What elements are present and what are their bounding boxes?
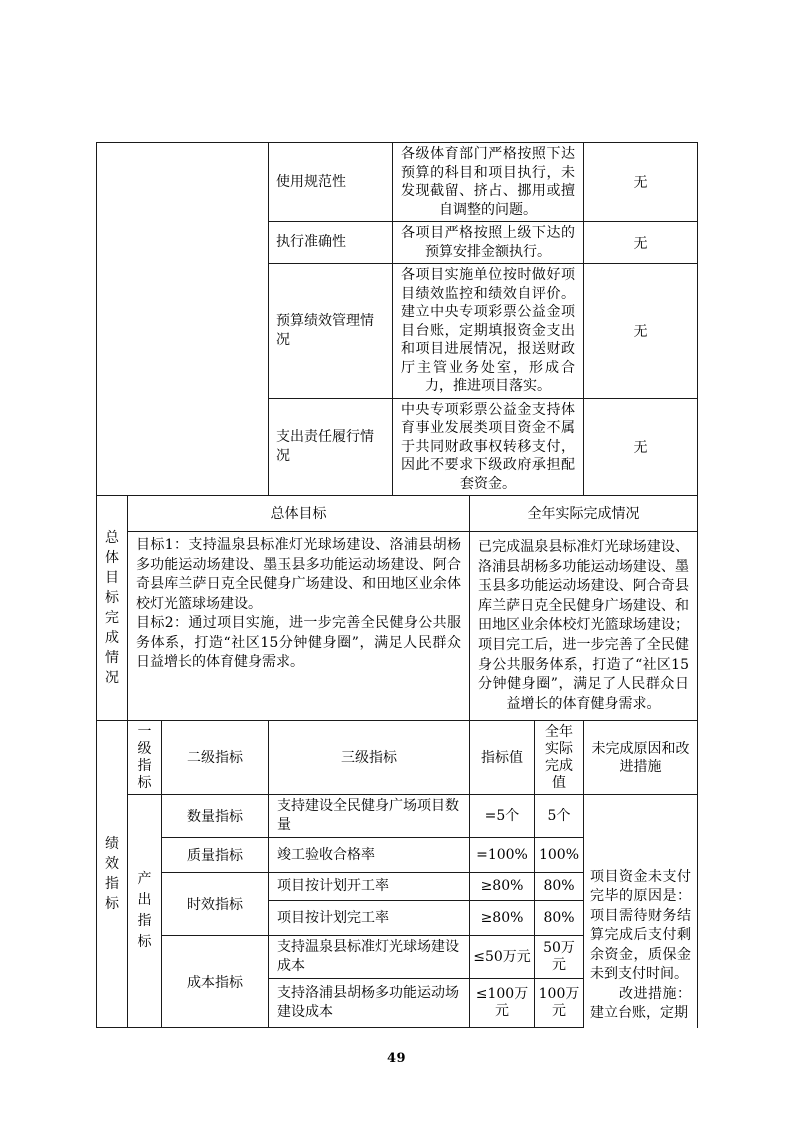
overall-goal-table: 总体目标完成情况 总体目标 全年实际完成情况 目标1：支持温泉县标准灯光球场建设… xyxy=(96,495,698,721)
table-header-row: 绩效指标 一级指标 二级指标 三级指标 指标值 全年实际完成值 未完成原因和改进… xyxy=(97,721,698,795)
execution-accuracy-value: 无 xyxy=(584,222,698,264)
evaluation-table: 使用规范性 各级体育部门严格按照下达预算的科目和项目执行，未发现截留、挤占、挪用… xyxy=(96,142,697,1028)
quality-indicator-label: 质量指标 xyxy=(162,838,269,873)
target-value-header: 指标值 xyxy=(470,721,535,795)
uncompleted-reason-text: 项目资金未支付完毕的原因是：项目需待财务结算完成后支付剩余资金，质保金未到支付时… xyxy=(584,795,698,1028)
expenditure-duty-description: 中央专项彩票公益金支持体育事业发展类项目资金不属于共同财政事权转移支付，因此不要… xyxy=(393,398,584,496)
level3-header: 三级指标 xyxy=(269,721,470,795)
start-rate-target-value: ≥80% xyxy=(470,873,535,901)
actual-completion-text: 已完成温泉县标准灯光球场建设、洛浦县胡杨多功能运动场建设、墨玉县多功能运动场建设… xyxy=(470,532,698,721)
overall-goal-row-label: 总体目标完成情况 xyxy=(97,496,128,721)
usage-compliance-description: 各级体育部门严格按照下达预算的科目和项目执行，未发现截留、挤占、挪用或擅自调整的… xyxy=(393,143,584,222)
quantity-indicator-label: 数量指标 xyxy=(162,795,269,838)
budget-performance-label: 预算绩效管理情况 xyxy=(269,264,393,399)
cost-indicator-label: 成本指标 xyxy=(162,936,269,1028)
goal-column-header: 总体目标 xyxy=(128,496,470,532)
quality-indicator-item: 竣工验收合格率 xyxy=(269,838,470,873)
table-row: 产出指标 数量指标 支持建设全民健身广场项目数量 =5个 5个 项目资金未支付完… xyxy=(97,795,698,838)
table-row: 总体目标完成情况 总体目标 全年实际完成情况 xyxy=(97,496,698,532)
luopu-cost-target-value: ≤100万元 xyxy=(470,979,535,1028)
completion-rate-actual-value: 80% xyxy=(535,901,584,936)
level1-header: 一级指标 xyxy=(128,721,162,795)
table-row: 目标1：支持温泉县标准灯光球场建设、洛浦县胡杨多功能运动场建设、墨玉县多功能运动… xyxy=(97,532,698,721)
page-number: 49 xyxy=(0,1051,793,1066)
start-rate-actual-value: 80% xyxy=(535,873,584,901)
fund-management-table: 使用规范性 各级体育部门严格按照下达预算的科目和项目执行，未发现截留、挤占、挪用… xyxy=(96,142,698,496)
quality-actual-value: 100% xyxy=(535,838,584,873)
fund-section-empty-cell xyxy=(97,143,269,496)
level2-header: 二级指标 xyxy=(162,721,269,795)
reason-header: 未完成原因和改进措施 xyxy=(584,721,698,795)
document-page: 使用规范性 各级体育部门严格按照下达预算的科目和项目执行，未发现截留、挤占、挪用… xyxy=(0,0,793,1122)
quantity-indicator-item: 支持建设全民健身广场项目数量 xyxy=(269,795,470,838)
quantity-actual-value: 5个 xyxy=(535,795,584,838)
completion-rate-target-value: ≥80% xyxy=(470,901,535,936)
execution-accuracy-description: 各项目严格按照上级下达的预算安排金额执行。 xyxy=(393,222,584,264)
actual-column-header: 全年实际完成情况 xyxy=(470,496,698,532)
goal-text: 目标1：支持温泉县标准灯光球场建设、洛浦县胡杨多功能运动场建设、墨玉县多功能运动… xyxy=(128,532,470,721)
actual-value-header: 全年实际完成值 xyxy=(535,721,584,795)
execution-accuracy-label: 执行准确性 xyxy=(269,222,393,264)
budget-performance-description: 各项目实施单位按时做好项目绩效监控和绩效自评价。建立中央专项彩票公益金项目台账，… xyxy=(393,264,584,399)
expenditure-duty-label: 支出责任履行情况 xyxy=(269,398,393,496)
performance-indicators-table: 绩效指标 一级指标 二级指标 三级指标 指标值 全年实际完成值 未完成原因和改进… xyxy=(96,720,698,1028)
luopu-cost-actual-value: 100万元 xyxy=(535,979,584,1028)
table-row: 使用规范性 各级体育部门严格按照下达预算的科目和项目执行，未发现截留、挤占、挪用… xyxy=(97,143,698,222)
quality-target-value: =100% xyxy=(470,838,535,873)
wenquan-cost-target-value: ≤50万元 xyxy=(470,936,535,979)
level1-output-label: 产出指标 xyxy=(128,795,162,1028)
wenquan-cost-item: 支持温泉县标准灯光球场建设成本 xyxy=(269,936,470,979)
completion-rate-item: 项目按计划完工率 xyxy=(269,901,470,936)
quantity-target-value: =5个 xyxy=(470,795,535,838)
start-rate-item: 项目按计划开工率 xyxy=(269,873,470,901)
usage-compliance-label: 使用规范性 xyxy=(269,143,393,222)
budget-performance-value: 无 xyxy=(584,264,698,399)
expenditure-duty-value: 无 xyxy=(584,398,698,496)
wenquan-cost-actual-value: 50万元 xyxy=(535,936,584,979)
indicators-row-label: 绩效指标 xyxy=(97,721,128,1028)
timeliness-indicator-label: 时效指标 xyxy=(162,873,269,936)
usage-compliance-value: 无 xyxy=(584,143,698,222)
luopu-cost-item: 支持洛浦县胡杨多功能运动场建设成本 xyxy=(269,979,470,1028)
